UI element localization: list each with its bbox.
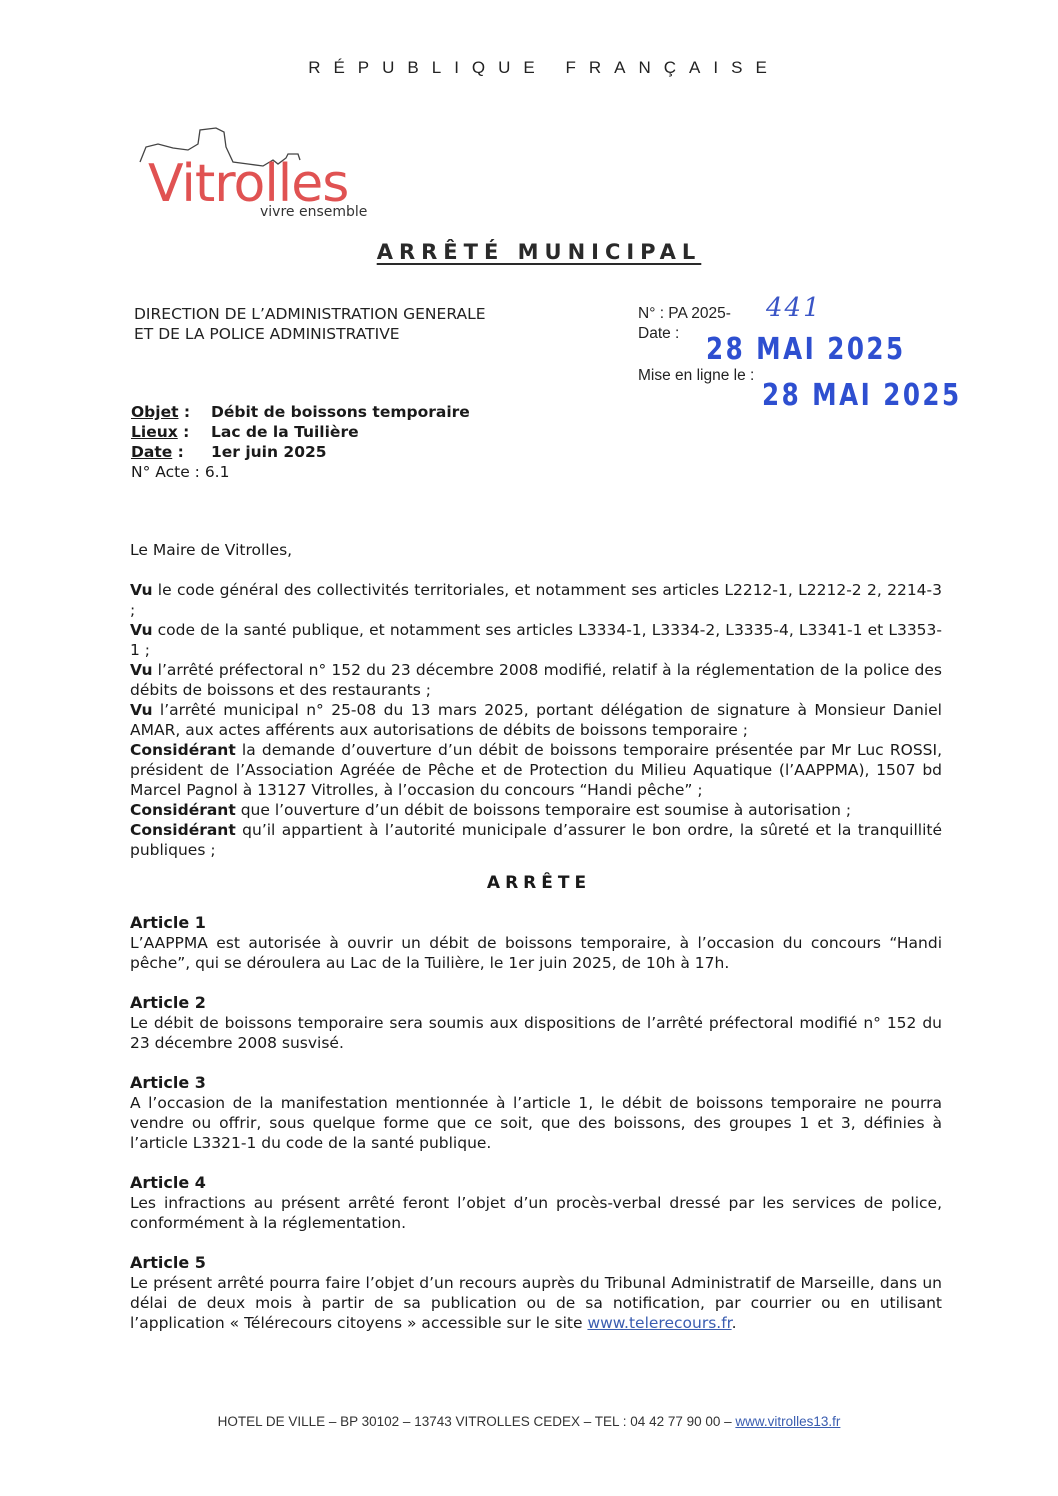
preamble-lead: Considérant	[130, 801, 236, 819]
mise-en-ligne-label: Mise en ligne le :	[638, 366, 754, 386]
numero-label: N° : PA 2025-	[638, 305, 731, 322]
vitrolles-logo: Vitrolles vivre ensemble	[138, 122, 398, 222]
direction-line-2: ET DE LA POLICE ADMINISTRATIVE	[134, 324, 486, 344]
articles-list: Article 1L’AAPPMA est autorisée à ouvrir…	[130, 913, 942, 1353]
preamble-list: Vu le code général des collectivités ter…	[130, 580, 942, 860]
date-stamp: 28 MAI 2025	[706, 332, 906, 367]
footer-address: HOTEL DE VILLE – BP 30102 – 13743 VITROL…	[218, 1414, 736, 1429]
preamble: Le Maire de Vitrolles, Vu le code généra…	[130, 540, 942, 860]
opening-line: Le Maire de Vitrolles,	[130, 540, 942, 560]
preamble-lead: Vu	[130, 661, 152, 679]
objet-label: Objet	[131, 403, 179, 421]
preamble-item: Vu code de la santé publique, et notamme…	[130, 620, 942, 660]
objet-value: Débit de boissons temporaire	[211, 402, 470, 422]
document-title: ARRÊTÉ MUNICIPAL	[0, 240, 1058, 264]
preamble-item: Considérant que l’ouverture d’un débit d…	[130, 800, 942, 820]
subject-block: Objet : Débit de boissons temporaire Lie…	[131, 402, 470, 482]
preamble-item: Vu l’arrêté municipal n° 25-08 du 13 mar…	[130, 700, 942, 740]
republique-francaise-header: RÉPUBLIQUE FRANÇAISE	[0, 58, 1058, 78]
telerecours-link[interactable]: www.telerecours.fr	[587, 1314, 731, 1332]
lieux-value: Lac de la Tuilière	[211, 422, 359, 442]
article-body: Les infractions au présent arrêté feront…	[130, 1193, 942, 1233]
article-title: Article 2	[130, 993, 942, 1013]
article-body: L’AAPPMA est autorisée à ouvrir un débit…	[130, 933, 942, 973]
preamble-item: Considérant la demande d’ouverture d’un …	[130, 740, 942, 800]
article: Article 3A l’occasion de la manifestatio…	[130, 1073, 942, 1153]
article: Article 1L’AAPPMA est autorisée à ouvrir…	[130, 913, 942, 973]
lieux-label: Lieux	[131, 423, 178, 441]
logo-tagline: vivre ensemble	[260, 204, 367, 220]
preamble-item: Vu le code général des collectivités ter…	[130, 580, 942, 620]
preamble-lead: Considérant	[130, 741, 236, 759]
footer-website-link[interactable]: www.vitrolles13.fr	[735, 1414, 840, 1429]
preamble-lead: Considérant	[130, 821, 236, 839]
article: Article 4Les infractions au présent arrê…	[130, 1173, 942, 1233]
article-title: Article 5	[130, 1253, 942, 1273]
article: Article 5Le présent arrêté pourra faire …	[130, 1253, 942, 1333]
article-title: Article 3	[130, 1073, 942, 1093]
article-body: A l’occasion de la manifestation mention…	[130, 1093, 942, 1153]
date-event-value: 1er juin 2025	[211, 442, 327, 462]
arrete-heading: ARRÊTE	[0, 873, 1058, 893]
direction-line-1: DIRECTION DE L’ADMINISTRATION GENERALE	[134, 304, 486, 324]
preamble-item: Vu l’arrêté préfectoral n° 152 du 23 déc…	[130, 660, 942, 700]
preamble-lead: Vu	[130, 581, 152, 599]
footer: HOTEL DE VILLE – BP 30102 – 13743 VITROL…	[0, 1414, 1058, 1429]
preamble-lead: Vu	[130, 701, 152, 719]
preamble-lead: Vu	[130, 621, 152, 639]
acte-number: N° Acte : 6.1	[131, 462, 470, 482]
mise-en-ligne-stamp: 28 MAI 2025	[762, 378, 962, 413]
article-body: Le débit de boissons temporaire sera sou…	[130, 1013, 942, 1053]
article: Article 2Le débit de boissons temporaire…	[130, 993, 942, 1053]
article-title: Article 1	[130, 913, 942, 933]
direction-block: DIRECTION DE L’ADMINISTRATION GENERALE E…	[134, 304, 486, 344]
article-title: Article 4	[130, 1173, 942, 1193]
article-body: Le présent arrêté pourra faire l’objet d…	[130, 1273, 942, 1333]
numero-handwritten: 441	[766, 298, 822, 318]
date-event-label: Date	[131, 443, 172, 461]
preamble-item: Considérant qu’il appartient à l’autorit…	[130, 820, 942, 860]
